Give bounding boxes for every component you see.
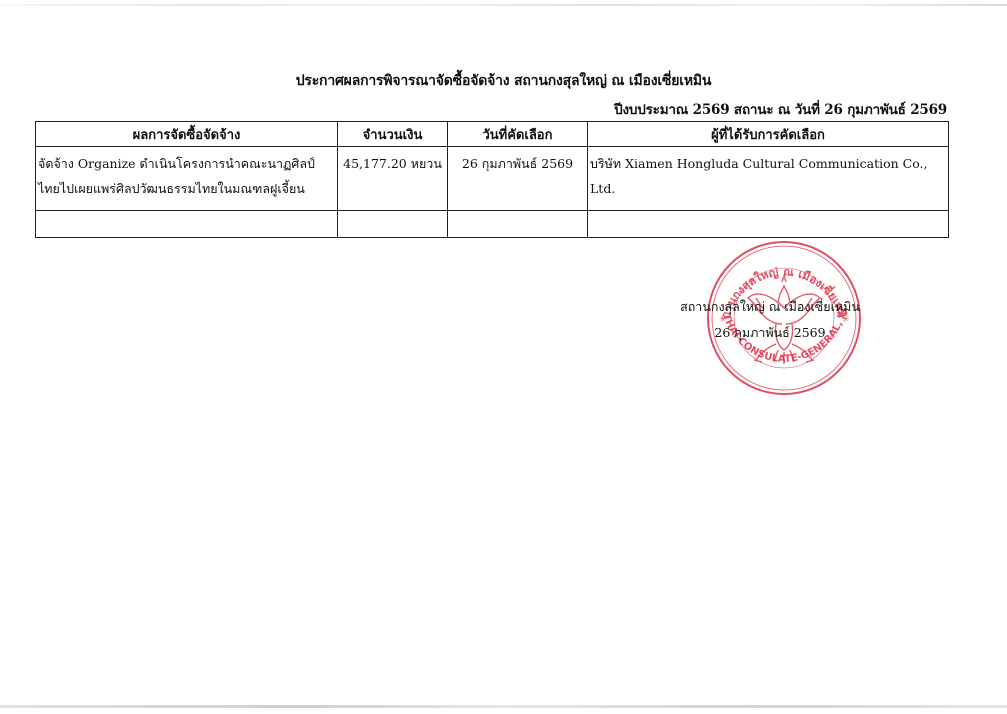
- cell-description: จัดจ้าง Organize ดำเนินโครงการนำคณะนาฏศิ…: [36, 147, 338, 211]
- table-row: [36, 211, 949, 238]
- document-title: ประกาศผลการพิจารณาจัดซื้อจัดจ้าง สถานกงส…: [0, 70, 1007, 92]
- table-row: จัดจ้าง Organize ดำเนินโครงการนำคณะนาฏศิ…: [36, 147, 949, 211]
- cell-date: 26 กุมภาพันธ์ 2569: [448, 147, 588, 211]
- header-selection-date: วันที่คัดเลือก: [448, 122, 588, 147]
- header-procurement-result: ผลการจัดซื้อจัดจ้าง: [36, 122, 338, 147]
- scan-edge-bottom: [0, 705, 1007, 708]
- cell-amount: 45,177.20 หยวน: [338, 147, 448, 211]
- cell-date: [448, 211, 588, 238]
- cell-amount: [338, 211, 448, 238]
- signer-date: 26 กุมภาพันธ์ 2569: [660, 320, 880, 346]
- cell-selected-party: บริษัท Xiamen Hongluda Cultural Communic…: [588, 147, 949, 211]
- signature-block: สถานกงสุลใหญ่ ณ เมืองเซี่ยเหมิน 26 กุมภา…: [660, 294, 880, 346]
- scan-edge-top: [0, 4, 1007, 6]
- table-header-row: ผลการจัดซื้อจัดจ้าง จำนวนเงิน วันที่คัดเ…: [36, 122, 949, 147]
- cell-selected-party: [588, 211, 949, 238]
- signer-office: สถานกงสุลใหญ่ ณ เมืองเซี่ยเหมิน: [660, 294, 880, 320]
- header-amount: จำนวนเงิน: [338, 122, 448, 147]
- cell-description: [36, 211, 338, 238]
- header-selected-party: ผู้ที่ได้รับการคัดเลือก: [588, 122, 949, 147]
- procurement-result-table: ผลการจัดซื้อจัดจ้าง จำนวนเงิน วันที่คัดเ…: [35, 121, 949, 238]
- document-subtitle: ปีงบประมาณ 2569 สถานะ ณ วันที่ 26 กุมภาพ…: [614, 98, 947, 120]
